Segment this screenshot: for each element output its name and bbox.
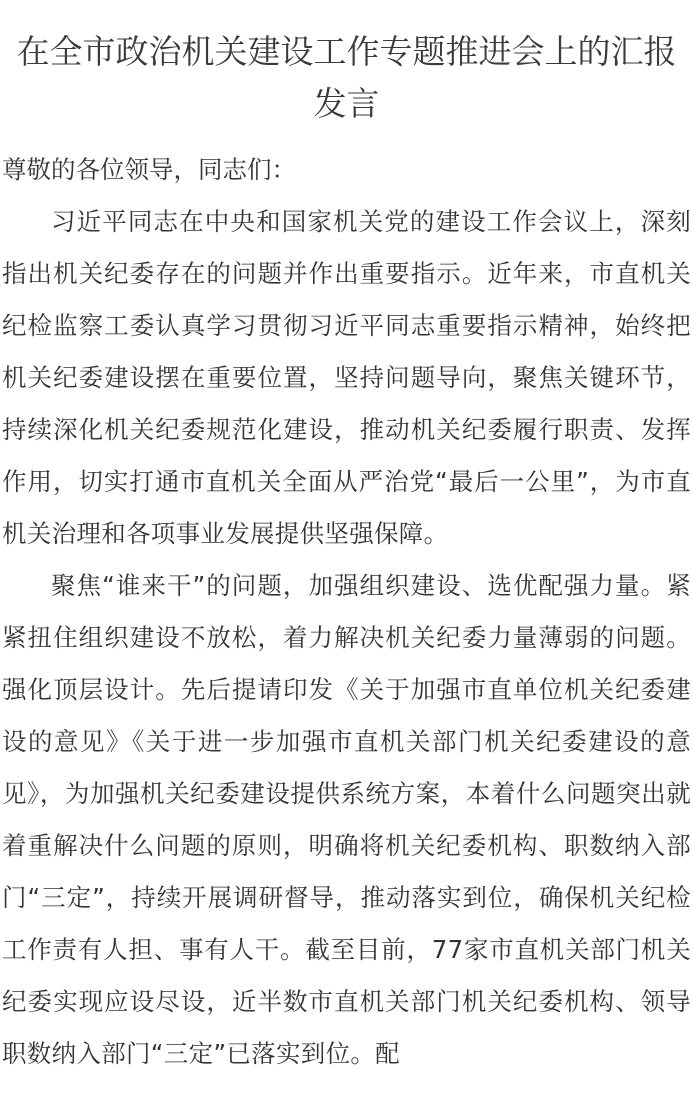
- salutation: 尊敬的各位领导，同志们：: [2, 144, 691, 196]
- paragraph-1: 习近平同志在中央和国家机关党的建设工作会议上，深刻指出机关纪委存在的问题并作出重…: [2, 196, 691, 560]
- document-page: 在全市政治机关建设工作专题推进会上的汇报发言 尊敬的各位领导，同志们： 习近平同…: [0, 0, 693, 1080]
- document-title: 在全市政治机关建设工作专题推进会上的汇报发言: [2, 0, 691, 130]
- paragraph-2: 聚焦“谁来干”的问题，加强组织建设、选优配强力量。紧紧扭住组织建设不放松，着力解…: [2, 560, 691, 1080]
